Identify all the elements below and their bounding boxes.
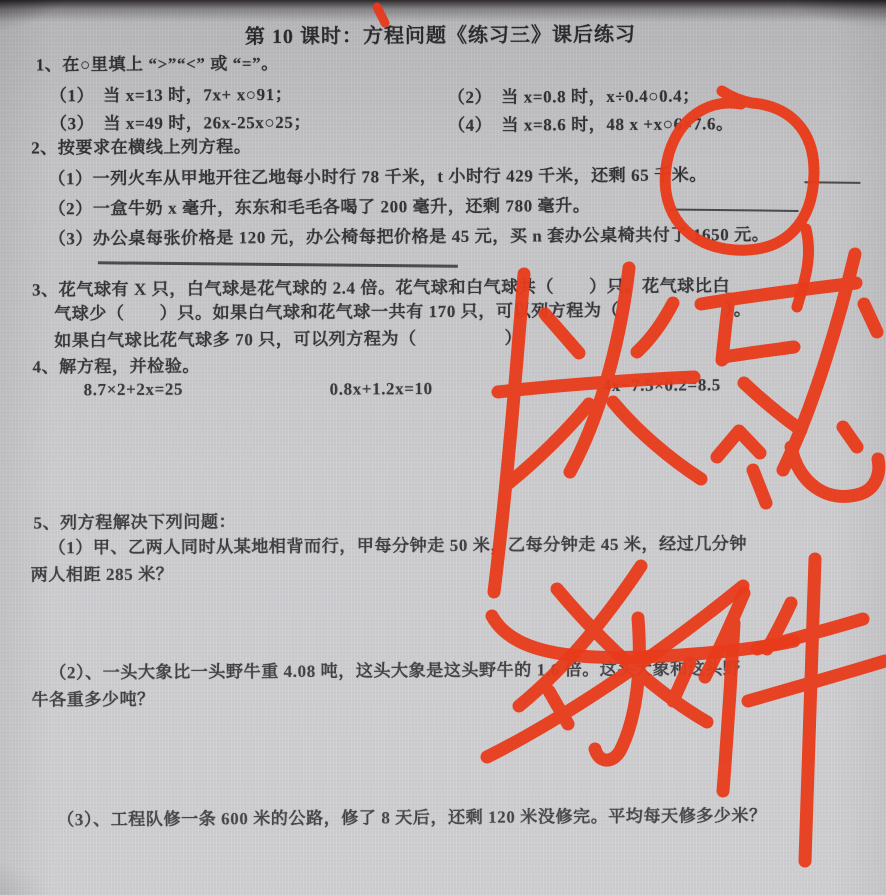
q5-problem-3: （3）、工程队修一条 600 米的公路，修了 8 天后，还剩 120 米没修完。…: [57, 801, 767, 830]
worksheet-photo: 第 10 课时：方程问题《练习三》课后练习 1、在○里填上 “>”“<” 或 “…: [0, 0, 886, 895]
q2-heading: 2、按要求在横线上列方程。: [31, 132, 251, 158]
q5-problem-1-line-2: 两人相距 285 米？: [31, 560, 174, 586]
q2-item-2: （2）一盒牛奶 x 毫升，东东和毛毛各喝了 200 毫升，还剩 780 毫升。: [48, 191, 590, 219]
q5-problem-2-line-2: 牛各重多少吨？: [31, 685, 154, 711]
answer-blank-line-1: [804, 181, 860, 184]
q1-item-4: （4） 当 x=8.6 时，48 x +x○6×7.6。: [448, 109, 734, 136]
worksheet-content: 第 10 课时：方程问题《练习三》课后练习 1、在○里填上 “>”“<” 或 “…: [0, 0, 886, 895]
worksheet-title: 第 10 课时：方程问题《练习三》课后练习: [0, 16, 884, 50]
q3-line-2: 气球少（ ）只。如果白气球和花气球一共有 170 只，可以列方程为（ ）。: [54, 295, 751, 324]
q2-item-3: （3）办公桌每张价格是 120 元，办公椅每把价格是 45 元，买 n 套办公桌…: [49, 220, 770, 249]
q2-item-1: （1）一列火车从甲地开往乙地每小时行 78 千米，t 小时行 429 千米，还剩…: [48, 160, 707, 189]
answer-blank-line-3: [98, 261, 458, 267]
q4-equation-1: 8.7×2+2x=25: [84, 380, 184, 401]
q1-item-1: （1） 当 x=13 时，7x+ x○91；: [50, 80, 293, 106]
q1-item-3: （3） 当 x=49 时，26x-25x○25；: [50, 108, 311, 135]
q1-heading: 1、在○里填上 “>”“<” 或 “=”。: [36, 49, 279, 75]
q5-problem-2-line-1: （2）、一头大象比一头野牛重 4.08 吨，这头大象是这头野牛的 1.6 倍。这…: [49, 654, 740, 683]
q1-item-2: （2） 当 x=0.8 时，x÷0.4○0.4；: [448, 81, 700, 108]
q4-equation-3: 4x−7.5×0.2=8.5: [603, 375, 721, 396]
answer-blank-line-2: [669, 208, 799, 211]
q3-line-3: 如果白气球比花气球多 70 只，可以列方程为（ ）: [54, 324, 522, 352]
q5-heading: 5、列方程解决下列问题：: [33, 507, 236, 533]
q5-problem-1-line-1: （1）甲、乙两人同时从某地相背而行，甲每分钟走 50 米，乙每分钟走 45 米，…: [49, 529, 748, 558]
q4-equation-2: 0.8x+1.2x=10: [330, 379, 433, 400]
q4-heading: 4、解方程，并检验。: [32, 351, 200, 377]
